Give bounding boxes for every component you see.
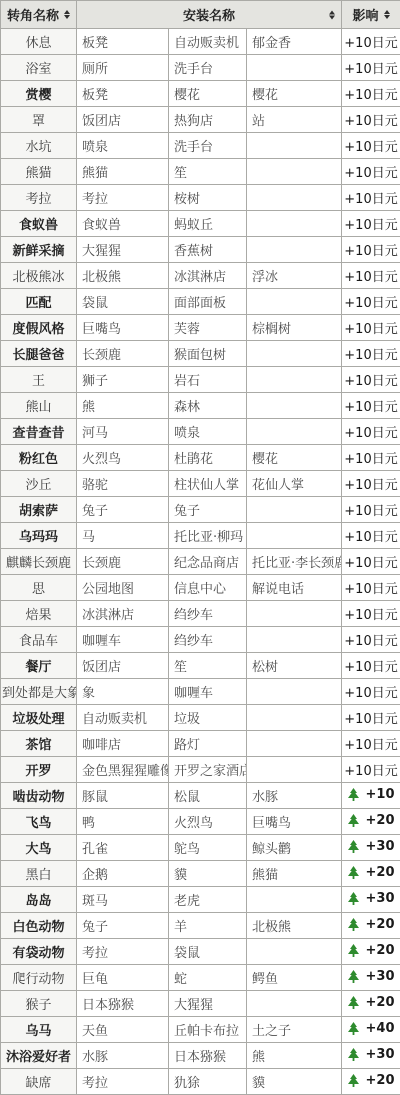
effect-cell: +10日元 <box>342 107 400 133</box>
corner-name-cell: 休息 <box>1 29 77 55</box>
install-item-cell <box>247 497 342 523</box>
sort-arrows-icon <box>329 10 335 19</box>
install-item-cell: 冰淇淋店 <box>77 601 169 627</box>
install-item-cell: 垃圾 <box>169 705 247 731</box>
effect-value: +30 <box>366 891 395 906</box>
table-row: 浴室 厕所 洗手台 +10日元 <box>1 55 400 81</box>
corner-name-cell: 熊山 <box>1 393 77 419</box>
corner-name-cell: 开罗 <box>1 757 77 783</box>
install-item-cell <box>247 237 342 263</box>
install-item-cell: 考拉 <box>77 1069 169 1095</box>
corner-name-cell: 罩 <box>1 107 77 133</box>
install-item-cell: 樱花 <box>247 81 342 107</box>
install-item-cell: 日本猕猴 <box>77 991 169 1017</box>
effect-cell: +10日元 <box>342 601 400 627</box>
install-item-cell: 兔子 <box>169 497 247 523</box>
corner-name-cell: 查昔查昔 <box>1 419 77 445</box>
effect-value: +10日元 <box>344 214 397 233</box>
install-item-cell: 巨嘴鸟 <box>77 315 169 341</box>
corner-name-cell: 啮齿动物 <box>1 783 77 809</box>
effect-cell: +10日元 <box>342 497 400 523</box>
install-item-cell: 鳄鱼 <box>247 965 342 991</box>
install-item-cell: 板凳 <box>77 29 169 55</box>
install-item-cell: 开罗之家酒店 <box>169 757 247 783</box>
effect-value: +10日元 <box>344 292 397 311</box>
install-item-cell <box>247 211 342 237</box>
install-item-cell: 袋鼠 <box>77 289 169 315</box>
table-row: 乌马 天鱼 丘帕卡布拉 土之子 +40 <box>1 1017 400 1043</box>
effect-value: +10日元 <box>344 526 397 545</box>
install-item-cell: 兔子 <box>77 913 169 939</box>
install-item-cell: 考拉 <box>77 939 169 965</box>
table-row: 熊猫 熊猫 笙 +10日元 <box>1 159 400 185</box>
effect-cell: +30 <box>342 887 400 913</box>
effect-cell: +40 <box>342 1017 400 1043</box>
effect-value: +20 <box>366 917 395 932</box>
install-item-cell: 咖啡店 <box>77 731 169 757</box>
corner-name-cell: 北极熊冰 <box>1 263 77 289</box>
effect-cell: +10日元 <box>342 263 400 289</box>
table-row: 飞鸟 鸭 火烈鸟 巨嘴鸟 +20 <box>1 809 400 835</box>
install-item-cell: 猴面包树 <box>169 341 247 367</box>
install-item-cell: 马 <box>77 523 169 549</box>
effect-cell: +10日元 <box>342 523 400 549</box>
effect-value: +10日元 <box>344 396 397 415</box>
install-item-cell: 芙蓉 <box>169 315 247 341</box>
install-item-cell: 犰狳 <box>169 1069 247 1095</box>
tree-icon <box>348 866 359 879</box>
effect-cell: +10日元 <box>342 445 400 471</box>
install-item-cell: 金色黑猩猩雕像 <box>77 757 169 783</box>
tree-icon <box>348 1022 359 1035</box>
install-item-cell: 托比亚·柳玛 <box>169 523 247 549</box>
install-item-cell <box>247 341 342 367</box>
install-item-cell <box>247 601 342 627</box>
corner-name-cell: 缺席 <box>1 1069 77 1095</box>
install-item-cell <box>247 731 342 757</box>
install-item-cell: 土之子 <box>247 1017 342 1043</box>
effect-cell: +10日元 <box>342 471 400 497</box>
install-item-cell: 熊猫 <box>77 159 169 185</box>
table-row: 水坑 喷泉 洗手台 +10日元 <box>1 133 400 159</box>
effect-cell: +20 <box>342 913 400 939</box>
install-item-cell: 骆驼 <box>77 471 169 497</box>
table-row: 思 公园地图 信息中心 解说电话 +10日元 <box>1 575 400 601</box>
install-item-cell: 桉树 <box>169 185 247 211</box>
install-item-cell: 狮子 <box>77 367 169 393</box>
effect-value: +30 <box>366 1047 395 1062</box>
effect-cell: +10日元 <box>342 185 400 211</box>
effect-cell: +10日元 <box>342 81 400 107</box>
effect-cell: +10日元 <box>342 289 400 315</box>
effect-cell: +10日元 <box>342 341 400 367</box>
install-item-cell: 自动贩卖机 <box>77 705 169 731</box>
install-item-cell: 企鹅 <box>77 861 169 887</box>
corner-name-cell: 到处都是大象 <box>1 679 77 705</box>
install-item-cell: 喷泉 <box>169 419 247 445</box>
install-item-cell: 熊猫 <box>247 861 342 887</box>
install-item-cell: 火烈鸟 <box>169 809 247 835</box>
install-item-cell: 面部面板 <box>169 289 247 315</box>
install-item-cell <box>247 159 342 185</box>
corner-name-cell: 浴室 <box>1 55 77 81</box>
table-row: 爬行动物 巨龟 蛇 鳄鱼 +30 <box>1 965 400 991</box>
corner-name-cell: 水坑 <box>1 133 77 159</box>
effect-cell: +20 <box>342 1069 400 1095</box>
tree-icon <box>348 918 359 931</box>
effect-value: +10日元 <box>344 240 397 259</box>
install-item-cell: 松树 <box>247 653 342 679</box>
install-item-cell <box>247 289 342 315</box>
corner-name-cell: 飞鸟 <box>1 809 77 835</box>
table-row: 黑白 企鹅 貘 熊猫 +20 <box>1 861 400 887</box>
table-row: 有袋动物 考拉 袋鼠 +20 <box>1 939 400 965</box>
effect-cell: +10日元 <box>342 29 400 55</box>
tree-icon <box>348 840 359 853</box>
install-item-cell: 火烈鸟 <box>77 445 169 471</box>
install-item-cell: 北极熊 <box>77 263 169 289</box>
tree-icon <box>348 814 359 827</box>
column-header-label: 转角名称 <box>7 5 59 24</box>
install-item-cell: 咖喱车 <box>77 627 169 653</box>
effect-cell: +30 <box>342 1043 400 1069</box>
install-item-cell: 豚鼠 <box>77 783 169 809</box>
effect-cell: +10日元 <box>342 679 400 705</box>
install-item-cell: 考拉 <box>77 185 169 211</box>
effect-cell: +10日元 <box>342 237 400 263</box>
table-row: 啮齿动物 豚鼠 松鼠 水豚 +10 <box>1 783 400 809</box>
corner-name-cell: 沐浴爱好者 <box>1 1043 77 1069</box>
install-item-cell: 貘 <box>169 861 247 887</box>
table-row: 休息 板凳 自动贩卖机 郁金香 +10日元 <box>1 29 400 55</box>
install-item-cell: 棕榈树 <box>247 315 342 341</box>
corner-name-cell: 粉红色 <box>1 445 77 471</box>
table-row: 熊山 熊 森林 +10日元 <box>1 393 400 419</box>
corner-name-cell: 大鸟 <box>1 835 77 861</box>
install-item-cell: 森林 <box>169 393 247 419</box>
install-item-cell: 公园地图 <box>77 575 169 601</box>
corner-name-cell: 乌马 <box>1 1017 77 1043</box>
table-row: 赏樱 板凳 樱花 樱花 +10日元 <box>1 81 400 107</box>
corner-combinations-table: 转角名称 安装名称 影响 休息 板凳 自动贩卖机 郁金香 +10日 <box>0 0 400 1095</box>
install-item-cell <box>247 185 342 211</box>
install-item-cell: 笙 <box>169 159 247 185</box>
corner-name-cell: 有袋动物 <box>1 939 77 965</box>
header-row: 转角名称 安装名称 影响 <box>1 1 400 29</box>
install-item-cell <box>247 679 342 705</box>
effect-cell: +10日元 <box>342 627 400 653</box>
effect-cell: +30 <box>342 835 400 861</box>
tree-icon <box>348 788 359 801</box>
table-row: 岛岛 斑马 老虎 +30 <box>1 887 400 913</box>
effect-cell: +30 <box>342 965 400 991</box>
install-item-cell: 樱花 <box>169 81 247 107</box>
corner-name-cell: 岛岛 <box>1 887 77 913</box>
effect-value: +10日元 <box>344 760 397 779</box>
install-item-cell: 咖喱车 <box>169 679 247 705</box>
install-item-cell <box>247 757 342 783</box>
install-item-cell: 托比亚·李长颈鹿 <box>247 549 342 575</box>
table-row: 粉红色 火烈鸟 杜鹃花 樱花 +10日元 <box>1 445 400 471</box>
install-item-cell <box>247 133 342 159</box>
effect-cell: +10日元 <box>342 757 400 783</box>
effect-value: +10日元 <box>344 136 397 155</box>
table-row: 考拉 考拉 桉树 +10日元 <box>1 185 400 211</box>
effect-cell: +10日元 <box>342 55 400 81</box>
table-row: 食品车 咖喱车 绉纱车 +10日元 <box>1 627 400 653</box>
install-item-cell: 大猩猩 <box>77 237 169 263</box>
effect-value: +30 <box>366 969 395 984</box>
install-item-cell: 喷泉 <box>77 133 169 159</box>
table-row: 沙丘 骆驼 柱状仙人掌 花仙人掌 +10日元 <box>1 471 400 497</box>
corner-name-cell: 思 <box>1 575 77 601</box>
effect-value: +10日元 <box>344 344 397 363</box>
install-item-cell: 水豚 <box>247 783 342 809</box>
effect-cell: +20 <box>342 861 400 887</box>
column-header-install-name[interactable]: 安装名称 <box>77 1 342 29</box>
tree-icon <box>348 970 359 983</box>
sort-arrows-icon <box>64 10 70 19</box>
table-row: 缺席 考拉 犰狳 貘 +20 <box>1 1069 400 1095</box>
install-item-cell <box>247 367 342 393</box>
effect-value: +10日元 <box>344 266 397 285</box>
install-item-cell: 熊 <box>247 1043 342 1069</box>
column-header-label: 影响 <box>352 5 378 24</box>
table-row: 胡索萨 兔子 兔子 +10日元 <box>1 497 400 523</box>
install-item-cell: 熊 <box>77 393 169 419</box>
corner-name-cell: 猴子 <box>1 991 77 1017</box>
effect-value: +10日元 <box>344 500 397 519</box>
tree-icon <box>348 1074 359 1087</box>
table-row: 长腿爸爸 长颈鹿 猴面包树 +10日元 <box>1 341 400 367</box>
table-row: 茶馆 咖啡店 路灯 +10日元 <box>1 731 400 757</box>
install-item-cell: 长颈鹿 <box>77 341 169 367</box>
effect-value: +10日元 <box>344 318 397 337</box>
install-item-cell <box>247 705 342 731</box>
install-item-cell: 厕所 <box>77 55 169 81</box>
effect-value: +10日元 <box>344 552 397 571</box>
effect-cell: +10日元 <box>342 315 400 341</box>
effect-value: +20 <box>366 865 395 880</box>
install-item-cell <box>247 887 342 913</box>
effect-cell: +10日元 <box>342 549 400 575</box>
install-item-cell: 丘帕卡布拉 <box>169 1017 247 1043</box>
table-row: 麒麟长颈鹿 长颈鹿 纪念品商店 托比亚·李长颈鹿 +10日元 <box>1 549 400 575</box>
table-row: 白色动物 兔子 羊 北极熊 +20 <box>1 913 400 939</box>
install-item-cell <box>247 991 342 1017</box>
install-item-cell: 日本猕猴 <box>169 1043 247 1069</box>
install-item-cell: 洗手台 <box>169 55 247 81</box>
corner-name-cell: 度假风格 <box>1 315 77 341</box>
corner-name-cell: 熊猫 <box>1 159 77 185</box>
corner-name-cell: 新鲜采摘 <box>1 237 77 263</box>
table-row: 开罗 金色黑猩猩雕像 开罗之家酒店 +10日元 <box>1 757 400 783</box>
install-item-cell: 北极熊 <box>247 913 342 939</box>
table-row: 乌玛玛 马 托比亚·柳玛 +10日元 <box>1 523 400 549</box>
effect-value: +10日元 <box>344 630 397 649</box>
corner-name-cell: 考拉 <box>1 185 77 211</box>
corner-name-cell: 白色动物 <box>1 913 77 939</box>
effect-value: +10日元 <box>344 734 397 753</box>
install-item-cell: 绉纱车 <box>169 601 247 627</box>
install-item-cell: 樱花 <box>247 445 342 471</box>
install-item-cell: 斑马 <box>77 887 169 913</box>
effect-value: +10日元 <box>344 656 397 675</box>
install-item-cell: 花仙人掌 <box>247 471 342 497</box>
effect-value: +20 <box>366 813 395 828</box>
install-item-cell: 袋鼠 <box>169 939 247 965</box>
effect-cell: +10日元 <box>342 731 400 757</box>
effect-value: +10 <box>366 787 395 802</box>
install-item-cell: 象 <box>77 679 169 705</box>
table-row: 到处都是大象 象 咖喱车 +10日元 <box>1 679 400 705</box>
install-item-cell: 自动贩卖机 <box>169 29 247 55</box>
effect-value: +10日元 <box>344 32 397 51</box>
install-item-cell: 洗手台 <box>169 133 247 159</box>
install-item-cell: 兔子 <box>77 497 169 523</box>
effect-value: +10日元 <box>344 84 397 103</box>
install-item-cell: 路灯 <box>169 731 247 757</box>
corner-name-cell: 餐厅 <box>1 653 77 679</box>
table-row: 度假风格 巨嘴鸟 芙蓉 棕榈树 +10日元 <box>1 315 400 341</box>
effect-value: +10日元 <box>344 708 397 727</box>
tree-icon <box>348 1048 359 1061</box>
install-item-cell: 饭团店 <box>77 107 169 133</box>
install-item-cell: 冰淇淋店 <box>169 263 247 289</box>
install-item-cell: 杜鹃花 <box>169 445 247 471</box>
effect-cell: +10 <box>342 783 400 809</box>
effect-cell: +20 <box>342 809 400 835</box>
corner-name-cell: 王 <box>1 367 77 393</box>
effect-cell: +20 <box>342 939 400 965</box>
install-item-cell <box>247 55 342 81</box>
install-item-cell: 热狗店 <box>169 107 247 133</box>
effect-cell: +10日元 <box>342 133 400 159</box>
table-row: 北极熊冰 北极熊 冰淇淋店 浮冰 +10日元 <box>1 263 400 289</box>
effect-value: +10日元 <box>344 370 397 389</box>
effect-value: +10日元 <box>344 682 397 701</box>
effect-cell: +10日元 <box>342 367 400 393</box>
table-row: 新鲜采摘 大猩猩 香蕉树 +10日元 <box>1 237 400 263</box>
table-row: 食蚁兽 食蚁兽 蚂蚁丘 +10日元 <box>1 211 400 237</box>
install-item-cell: 饭团店 <box>77 653 169 679</box>
column-header-corner-name[interactable]: 转角名称 <box>1 1 77 29</box>
install-item-cell: 大猩猩 <box>169 991 247 1017</box>
table-row: 沐浴爱好者 水豚 日本猕猴 熊 +30 <box>1 1043 400 1069</box>
install-item-cell: 纪念品商店 <box>169 549 247 575</box>
install-item-cell: 岩石 <box>169 367 247 393</box>
install-item-cell: 板凳 <box>77 81 169 107</box>
install-item-cell: 长颈鹿 <box>77 549 169 575</box>
effect-value: +20 <box>366 1073 395 1088</box>
effect-value: +10日元 <box>344 58 397 77</box>
install-item-cell: 老虎 <box>169 887 247 913</box>
table-row: 焙果 冰淇淋店 绉纱车 +10日元 <box>1 601 400 627</box>
effect-value: +10日元 <box>344 604 397 623</box>
table-row: 罩 饭团店 热狗店 站 +10日元 <box>1 107 400 133</box>
effect-value: +20 <box>366 995 395 1010</box>
table-row: 王 狮子 岩石 +10日元 <box>1 367 400 393</box>
effect-value: +10日元 <box>344 448 397 467</box>
table-body: 休息 板凳 自动贩卖机 郁金香 +10日元 浴室 厕所 洗手台 +10日元 赏樱… <box>1 29 400 1095</box>
effect-value: +10日元 <box>344 422 397 441</box>
install-item-cell: 鸵鸟 <box>169 835 247 861</box>
install-item-cell: 浮冰 <box>247 263 342 289</box>
effect-cell: +10日元 <box>342 211 400 237</box>
effect-value: +10日元 <box>344 474 397 493</box>
corner-name-cell: 沙丘 <box>1 471 77 497</box>
effect-value: +10日元 <box>344 188 397 207</box>
effect-cell: +10日元 <box>342 653 400 679</box>
corner-name-cell: 麒麟长颈鹿 <box>1 549 77 575</box>
table-row: 匹配 袋鼠 面部面板 +10日元 <box>1 289 400 315</box>
effect-cell: +10日元 <box>342 159 400 185</box>
corner-name-cell: 赏樱 <box>1 81 77 107</box>
effect-value: +20 <box>366 943 395 958</box>
table-row: 大鸟 孔雀 鸵鸟 鲸头鹳 +30 <box>1 835 400 861</box>
column-header-effect[interactable]: 影响 <box>342 1 400 29</box>
install-item-cell: 羊 <box>169 913 247 939</box>
tree-icon <box>348 892 359 905</box>
install-item-cell: 鲸头鹳 <box>247 835 342 861</box>
effect-cell: +20 <box>342 991 400 1017</box>
corner-name-cell: 食品车 <box>1 627 77 653</box>
install-item-cell: 貘 <box>247 1069 342 1095</box>
install-item-cell: 解说电话 <box>247 575 342 601</box>
install-item-cell: 柱状仙人掌 <box>169 471 247 497</box>
sort-arrows-icon <box>384 10 390 19</box>
table-row: 猴子 日本猕猴 大猩猩 +20 <box>1 991 400 1017</box>
effect-cell: +10日元 <box>342 419 400 445</box>
corner-name-cell: 食蚁兽 <box>1 211 77 237</box>
install-item-cell: 笙 <box>169 653 247 679</box>
install-item-cell: 绉纱车 <box>169 627 247 653</box>
corner-name-cell: 焙果 <box>1 601 77 627</box>
install-item-cell: 河马 <box>77 419 169 445</box>
install-item-cell: 站 <box>247 107 342 133</box>
table-row: 餐厅 饭团店 笙 松树 +10日元 <box>1 653 400 679</box>
install-item-cell: 鸭 <box>77 809 169 835</box>
effect-cell: +10日元 <box>342 393 400 419</box>
install-item-cell: 食蚁兽 <box>77 211 169 237</box>
effect-cell: +10日元 <box>342 705 400 731</box>
install-item-cell: 蚂蚁丘 <box>169 211 247 237</box>
effect-value: +40 <box>366 1021 395 1036</box>
corner-name-cell: 匹配 <box>1 289 77 315</box>
effect-value: +10日元 <box>344 110 397 129</box>
corner-name-cell: 黑白 <box>1 861 77 887</box>
install-item-cell: 信息中心 <box>169 575 247 601</box>
install-item-cell <box>247 393 342 419</box>
corner-name-cell: 乌玛玛 <box>1 523 77 549</box>
install-item-cell: 郁金香 <box>247 29 342 55</box>
effect-cell: +10日元 <box>342 575 400 601</box>
install-item-cell <box>247 627 342 653</box>
corner-name-cell: 茶馆 <box>1 731 77 757</box>
install-item-cell: 香蕉树 <box>169 237 247 263</box>
install-item-cell: 孔雀 <box>77 835 169 861</box>
effect-value: +10日元 <box>344 162 397 181</box>
install-item-cell: 巨龟 <box>77 965 169 991</box>
corner-name-cell: 胡索萨 <box>1 497 77 523</box>
install-item-cell: 蛇 <box>169 965 247 991</box>
install-item-cell: 天鱼 <box>77 1017 169 1043</box>
effect-value: +10日元 <box>344 578 397 597</box>
corner-name-cell: 垃圾处理 <box>1 705 77 731</box>
install-item-cell: 松鼠 <box>169 783 247 809</box>
install-item-cell <box>247 419 342 445</box>
install-item-cell: 巨嘴鸟 <box>247 809 342 835</box>
